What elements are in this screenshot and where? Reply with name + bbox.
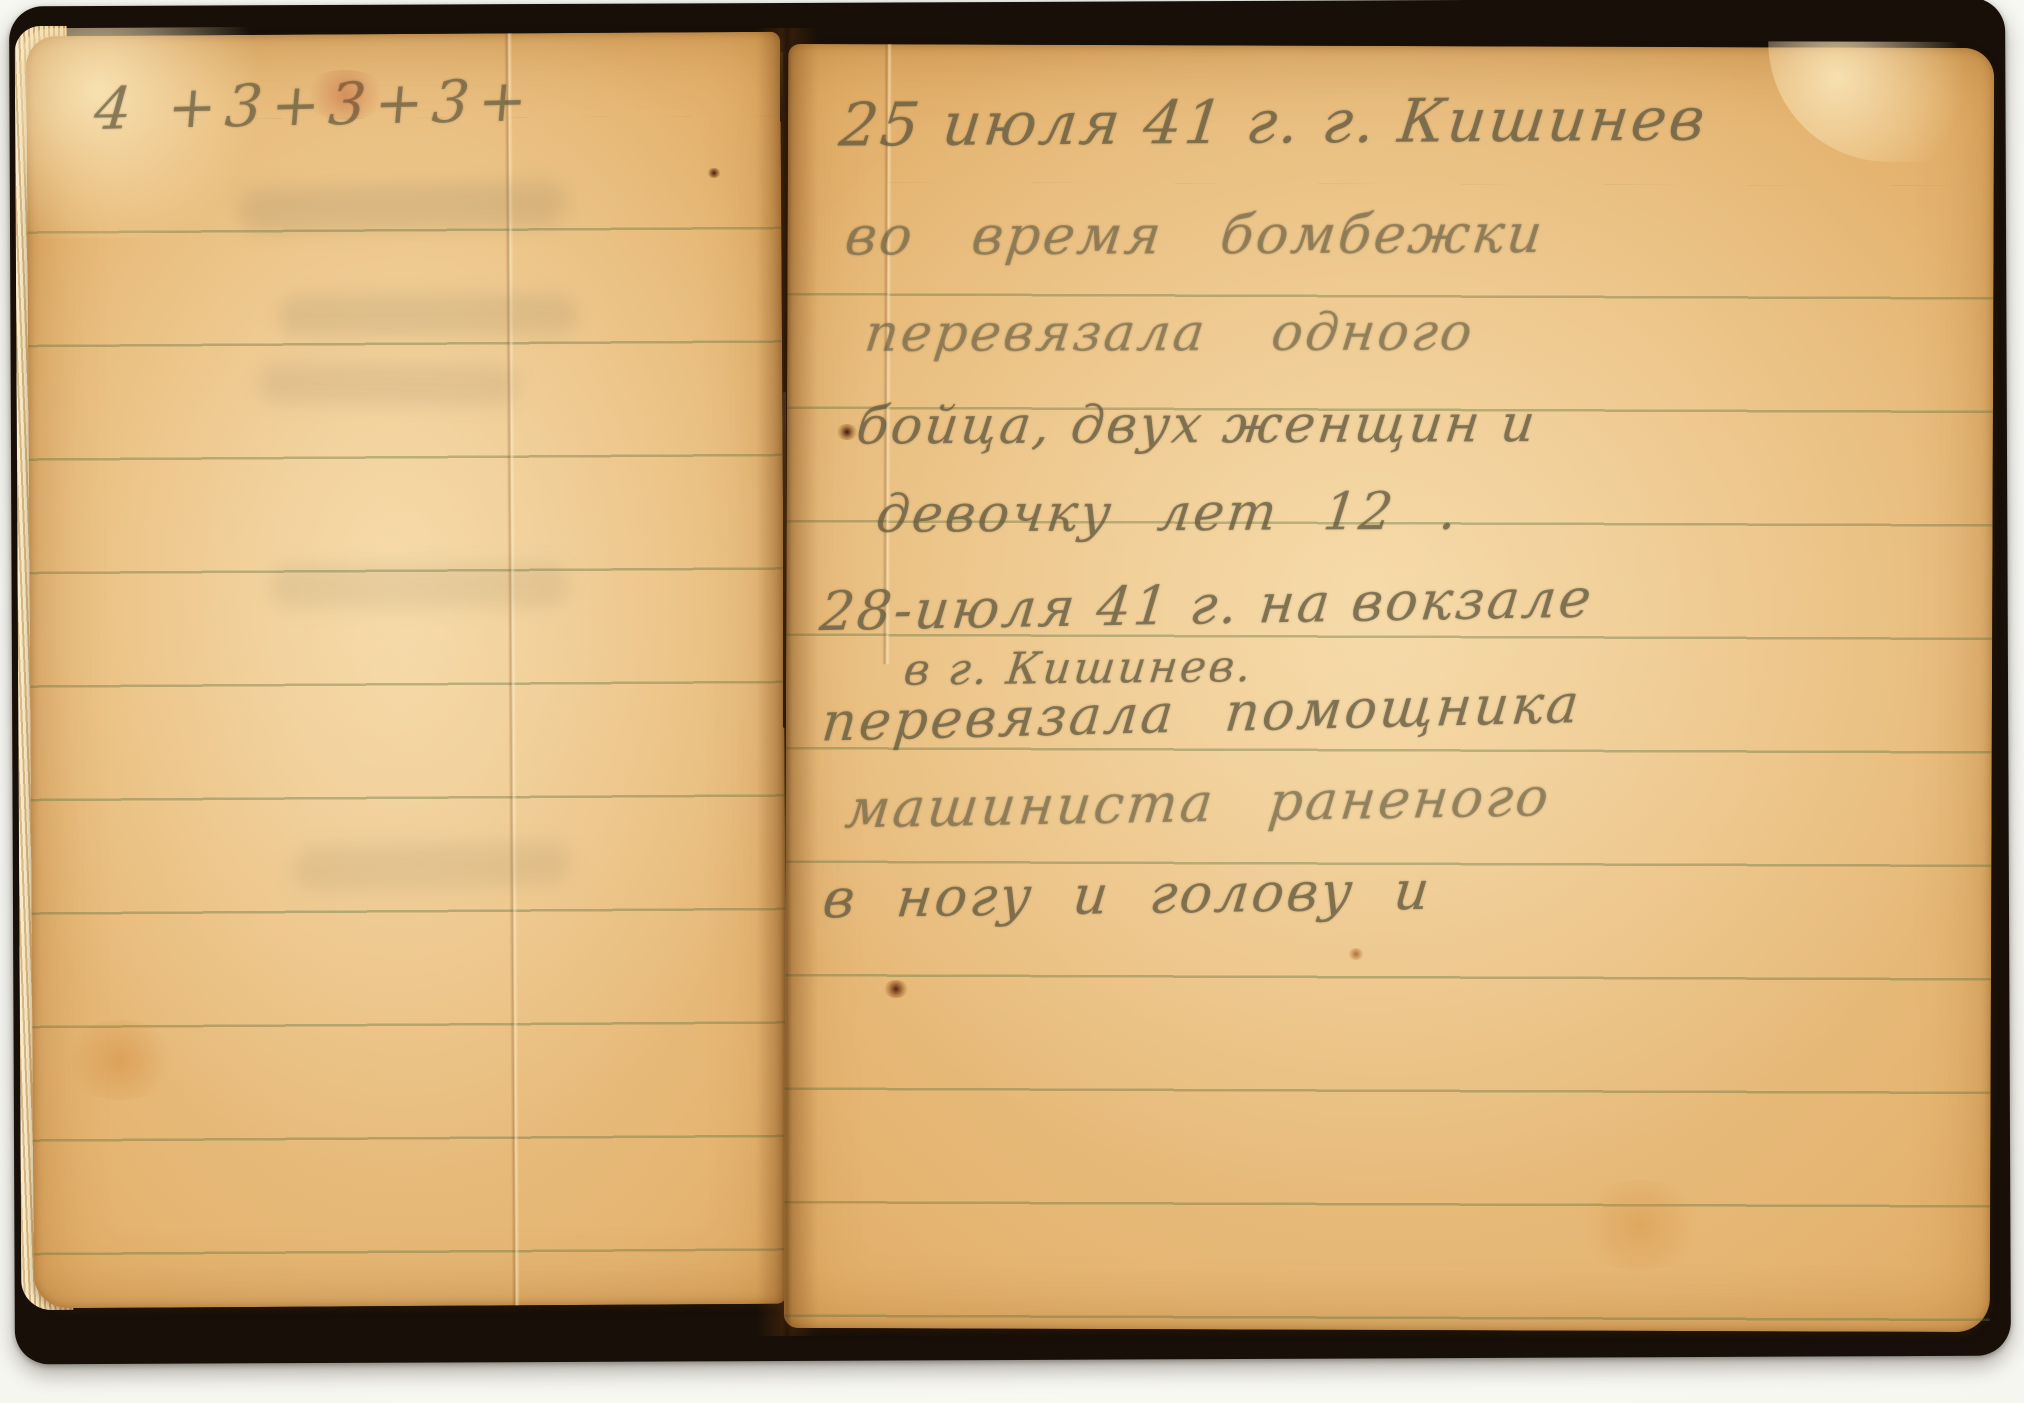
stitch-thread [783,392,786,728]
bleed-through-smudge [278,293,578,337]
handwriting-line: бойца, двух женщин и [853,394,1540,456]
handwriting-line: перевязала одного [862,303,1478,364]
handwriting-line: в ногу и голову и [820,859,1435,931]
bleed-through-smudge [258,363,518,406]
scanned-notebook-image: { "notebook": { "description": "Open rul… [0,0,2024,1403]
handwriting-line: девочку лет 12 . [873,482,1462,545]
pencil-inscription: 4 +3+3+3+ [92,66,539,143]
stitch-thread [780,52,783,122]
handwriting-line: во время бомбежки [842,202,1548,267]
right-page: 25 июля 41 г. г. Кишинев во время бомбеж… [784,44,1994,1332]
bleed-through-smudge [291,841,572,892]
bleed-through-smudge [237,180,568,234]
handwriting-line: машиниста раненого [842,765,1554,840]
bleed-through-smudge [269,563,569,609]
handwriting-line: 28-июля 41 г. на вокзале [817,567,1597,644]
fold-crease [504,33,520,1305]
ruled-lines [27,116,788,1309]
handwriting-line: 25 июля 41 г. г. Кишинев [836,85,1711,161]
left-page: 4 +3+3+3+ [26,32,788,1309]
worn-corner [1768,41,1998,162]
